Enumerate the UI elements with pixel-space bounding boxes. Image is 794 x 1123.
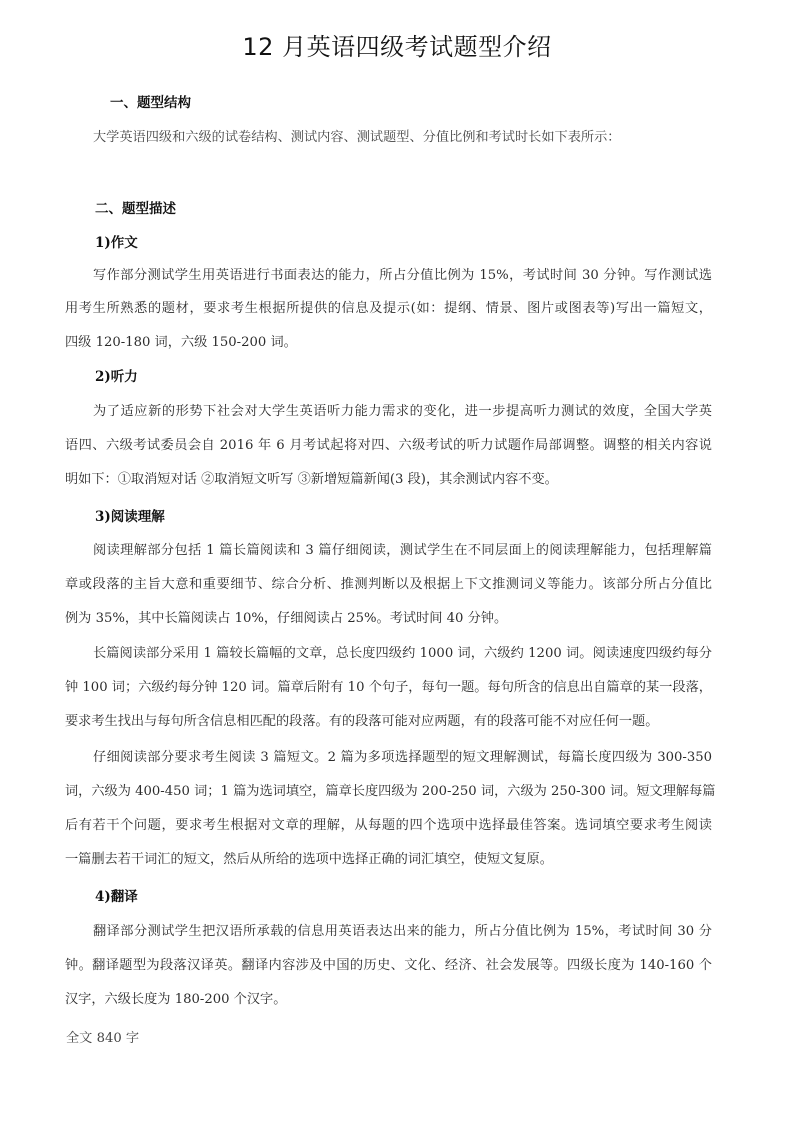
subheading-listening: 2)听力 xyxy=(95,367,138,387)
listening-paragraph-line: 语四、六级考试委员会自 2016 年 6 月考试起将对四、六级考试的听力试题作局… xyxy=(65,436,712,456)
listening-paragraph-line: 为了适应新的形势下社会对大学生英语听力能力需求的变化，进一步提高听力测试的效度，… xyxy=(93,402,712,422)
translation-paragraph-line: 翻译部分测试学生把汉语所承载的信息用英语表达出来的能力，所占分值比例为 15%，… xyxy=(93,922,712,942)
listening-paragraph-line: 明如下：①取消短对话 ②取消短文听写 ③新增短篇新闻(3 段)，其余测试内容不变… xyxy=(65,470,712,490)
long-reading-paragraph-line: 长篇阅读部分采用 1 篇较长篇幅的文章，总长度四级约 1000 词，六级约 12… xyxy=(93,644,712,664)
subheading-translation: 4)翻译 xyxy=(95,887,138,907)
section-intro-text: 大学英语四级和六级的试卷结构、测试内容、测试题型、分值比例和考试时长如下表所示： xyxy=(93,128,621,148)
section-heading-description: 二、题型描述 xyxy=(95,199,176,219)
reading-paragraph-line: 阅读理解部分包括 1 篇长篇阅读和 3 篇仔细阅读，测试学生在不同层面上的阅读理… xyxy=(93,541,712,561)
translation-paragraph-line: 钟。翻译题型为段落汉译英。翻译内容涉及中国的历史、文化、经济、社会发展等。四级长… xyxy=(65,956,712,976)
document-title: 12 月英语四级考试题型介绍 xyxy=(0,30,794,64)
writing-paragraph-line: 写作部分测试学生用英语进行书面表达的能力，所占分值比例为 15%，考试时间 30… xyxy=(93,266,712,286)
long-reading-paragraph-line: 钟 100 词；六级约每分钟 120 词。篇章后附有 10 个句子，每句一题。每… xyxy=(65,678,712,698)
careful-reading-paragraph-line: 后有若干个问题，要求考生根据对文章的理解，从每题的四个选项中选择最佳答案。选词填… xyxy=(65,816,712,836)
careful-reading-paragraph-line: 一篇删去若干词汇的短文，然后从所给的选项中选择正确的词汇填空，使短文复原。 xyxy=(65,850,712,870)
subheading-reading: 3)阅读理解 xyxy=(95,507,165,527)
writing-paragraph-line: 四级 120-180 词，六级 150-200 词。 xyxy=(65,333,712,353)
reading-paragraph-line: 章或段落的主旨大意和重要细节、综合分析、推测判断以及根据上下文推测词义等能力。该… xyxy=(65,575,712,595)
long-reading-paragraph-line: 要求考生找出与每句所含信息相匹配的段落。有的段落可能对应两题，有的段落可能不对应… xyxy=(65,712,712,732)
writing-paragraph-line: 用考生所熟悉的题材，要求考生根据所提供的信息及提示(如：提纲、情景、图片或图表等… xyxy=(65,299,712,319)
subheading-writing: 1)作文 xyxy=(95,233,138,253)
reading-paragraph-line: 例为 35%，其中长篇阅读占 10%，仔细阅读占 25%。考试时间 40 分钟。 xyxy=(65,609,712,629)
word-count: 全文 840 字 xyxy=(66,1029,139,1049)
careful-reading-paragraph-line: 仔细阅读部分要求考生阅读 3 篇短文。2 篇为多项选择题型的短文理解测试，每篇长… xyxy=(93,748,712,768)
section-heading-structure: 一、题型结构 xyxy=(110,93,191,113)
translation-paragraph-line: 汉字，六级长度为 180-200 个汉字。 xyxy=(65,990,712,1010)
careful-reading-paragraph-line: 词，六级为 400-450 词；1 篇为选词填空，篇章长度四级为 200-250… xyxy=(65,782,712,802)
